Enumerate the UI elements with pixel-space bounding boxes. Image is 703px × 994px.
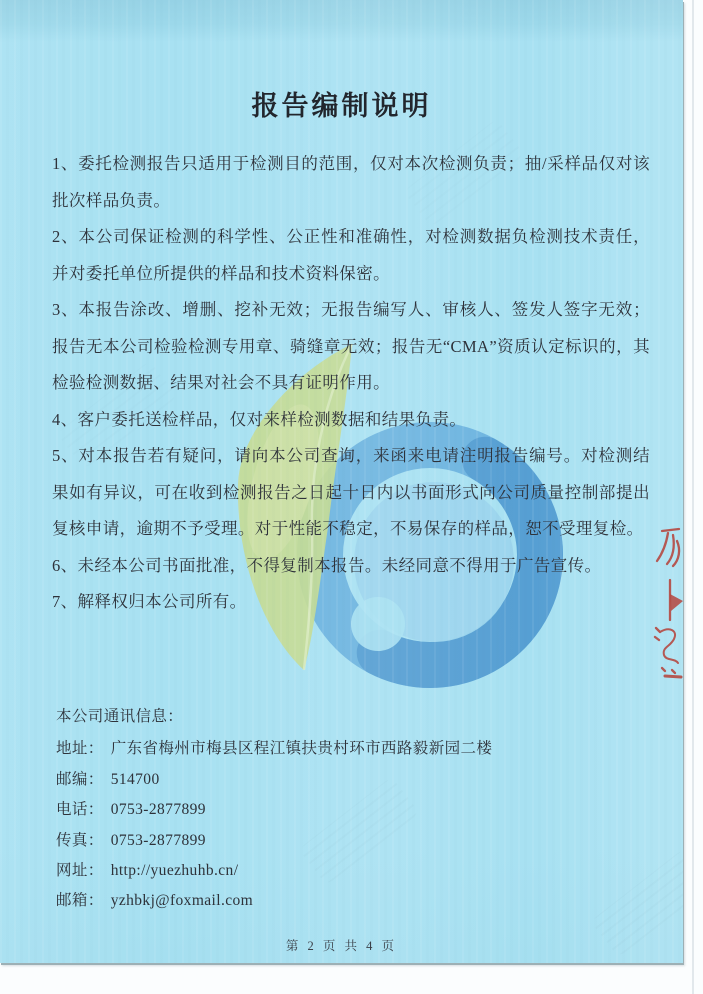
- note-item-7: 7、解释权归本公司所有。: [52, 584, 650, 621]
- contact-line-address: 地址：广东省梅州市梅县区程江镇扶贵村环市西路毅新园二楼: [56, 734, 616, 764]
- page-number: 第 2 页 共 4 页: [0, 936, 683, 954]
- contact-label: 电话：: [56, 801, 104, 818]
- scanner-edge-shadow: [692, 0, 694, 994]
- note-item-5: 5、对本报告若有疑问，请向本公司查询，来函来电请注明报告编号。对检测结果如有异议…: [52, 438, 650, 548]
- contact-value: 广东省梅州市梅县区程江镇扶贵村环市西路毅新园二楼: [111, 740, 493, 757]
- notes-list: 1、委托检测报告只适用于检测目的范围，仅对本次检测负责；抽/采样品仅对该批次样品…: [52, 146, 650, 621]
- note-item-4: 4、客户委托送检样品，仅对来样检测数据和结果负责。: [52, 402, 650, 439]
- note-item-1: 1、委托检测报告只适用于检测目的范围，仅对本次检测负责；抽/采样品仅对该批次样品…: [52, 146, 650, 219]
- contact-line-fax: 传真：0753-2877899: [56, 826, 616, 856]
- contact-info: 本公司通讯信息： 地址：广东省梅州市梅县区程江镇扶贵村环市西路毅新园二楼 邮编：…: [56, 702, 616, 917]
- contact-label: 传真：: [56, 832, 104, 849]
- report-page: 报告编制说明 1、委托检测报告只适用于检测目的范围，仅对本次检测负责；抽/采样品…: [0, 0, 683, 963]
- seal-fragment: [662, 529, 679, 531]
- contact-value: 514700: [111, 771, 160, 788]
- contact-heading: 本公司通讯信息：: [56, 702, 616, 732]
- note-item-3: 3、本报告涂改、增删、挖补无效；无报告编写人、审核人、签发人签字无效；报告无本公…: [52, 292, 650, 402]
- contact-line-email: 邮箱：yzhbkj@foxmail.com: [56, 886, 616, 916]
- contact-value: yzhbkj@foxmail.com: [111, 892, 253, 909]
- seal-fragment: [660, 629, 678, 663]
- contact-line-website: 网址：http://yuezhuhb.cn/: [56, 856, 616, 886]
- note-item-6: 6、未经本公司书面批准，不得复制本报告。未经同意不得用于广告宣传。: [52, 548, 650, 585]
- contact-line-phone: 电话：0753-2877899: [56, 795, 616, 825]
- contact-label: 邮箱：: [56, 892, 104, 909]
- contact-value: 0753-2877899: [111, 801, 206, 818]
- note-item-2: 2、本公司保证检测的科学性、公正性和准确性，对检测数据负检测技术责任，并对委托单…: [52, 219, 650, 292]
- contact-value: http://yuezhuhb.cn/: [111, 862, 239, 879]
- contact-label: 邮编：: [56, 771, 104, 788]
- contact-label: 网址：: [56, 862, 104, 879]
- seal-fragment-flag: [670, 594, 683, 611]
- red-seal-fragments-icon: [648, 520, 683, 680]
- seal-fragment: [667, 535, 674, 564]
- page-title: 报告编制说明: [0, 84, 683, 123]
- seal-fragment: [665, 676, 681, 677]
- contact-line-zip: 邮编：514700: [56, 765, 616, 795]
- seal-fragment: [662, 668, 675, 673]
- seal-fragment: [657, 533, 668, 561]
- contact-value: 0753-2877899: [111, 832, 206, 849]
- seal-fragment: [655, 628, 660, 640]
- contact-label: 地址：: [56, 740, 104, 757]
